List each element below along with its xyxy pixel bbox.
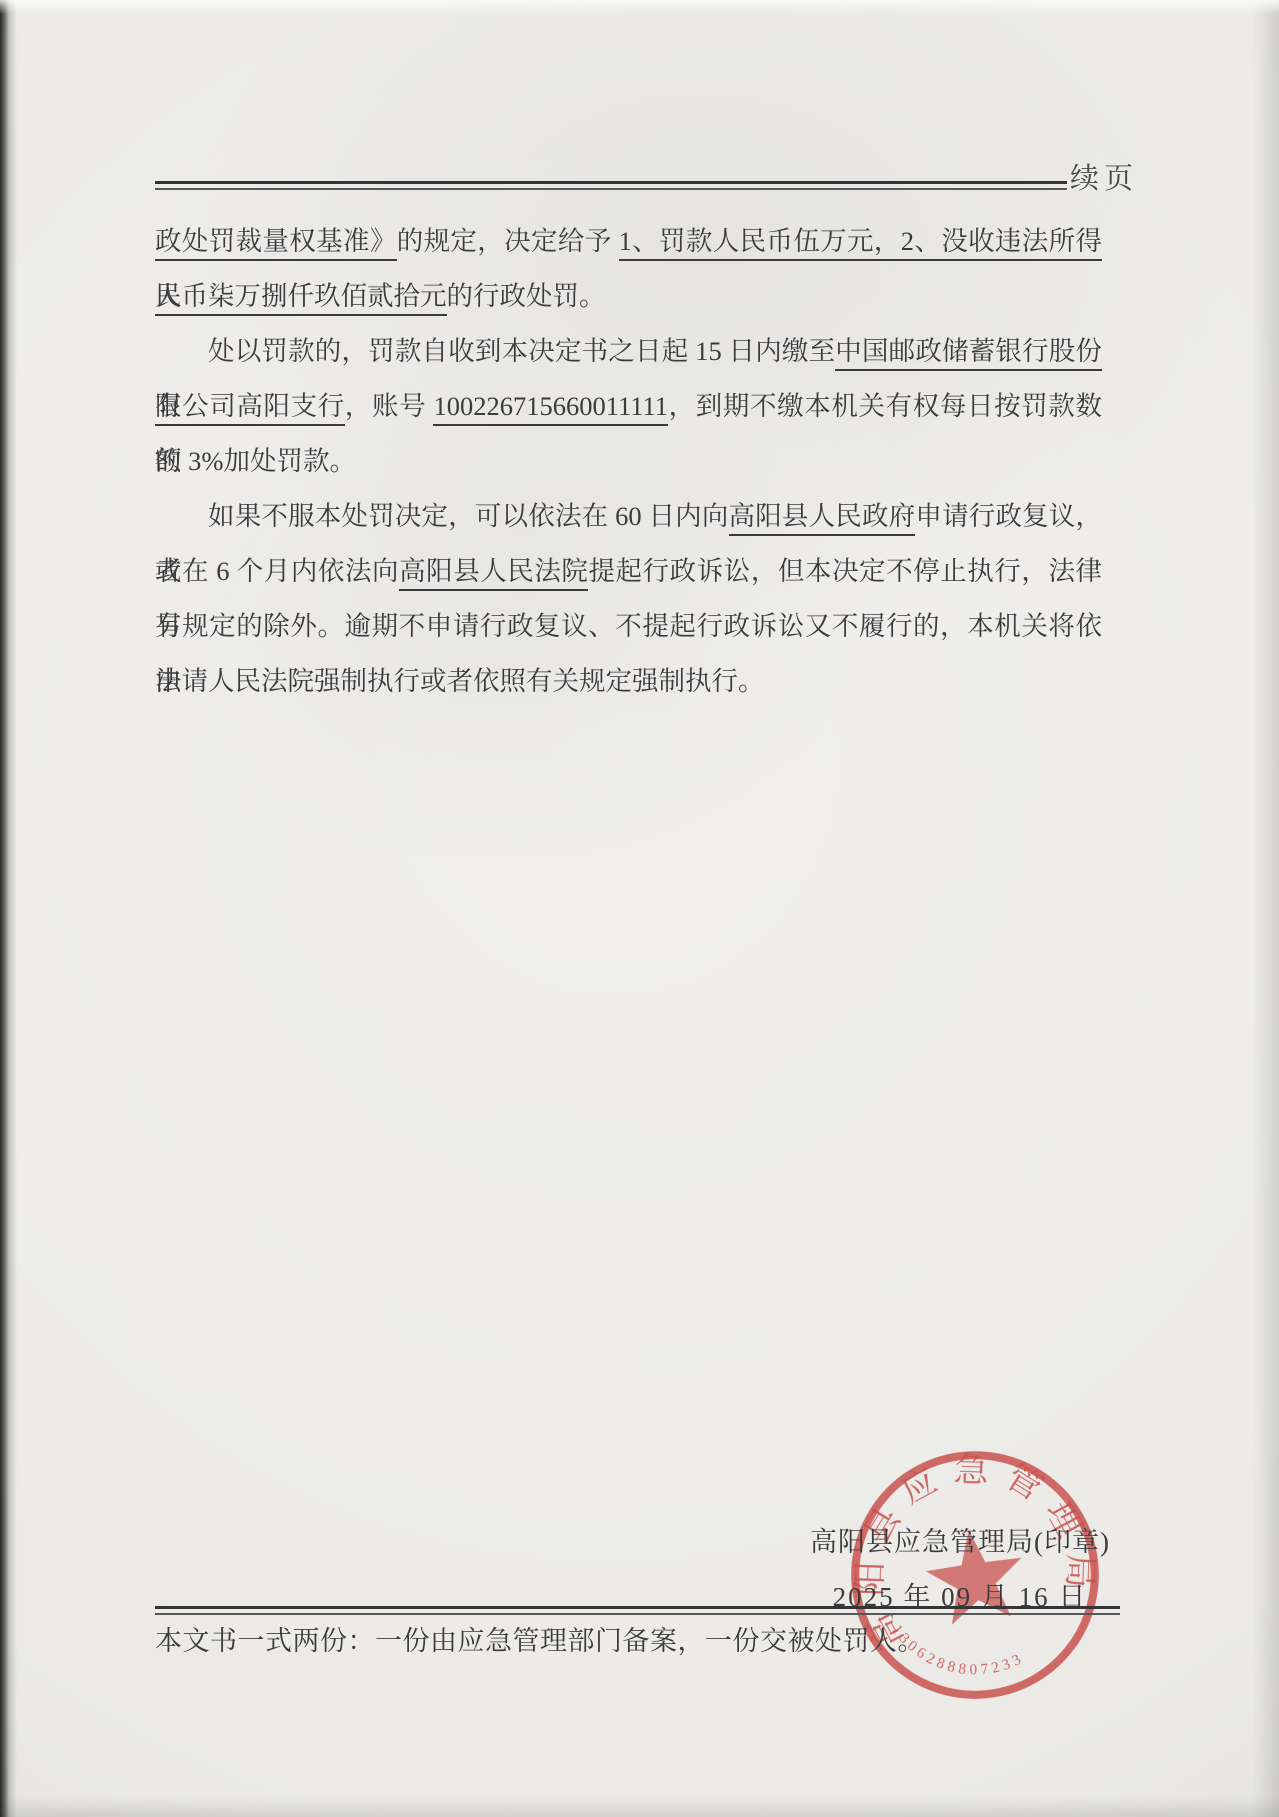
document-line: 限公司高阳支行，账号 100226715660011111，到期不缴本机关有权每… bbox=[155, 379, 1102, 434]
text-segment: 者在 6 个月内依法向 bbox=[155, 556, 399, 586]
text-segment: 申请人民法院强制执行或者依照有关规定强制执行。 bbox=[155, 666, 765, 696]
document-line: 者在 6 个月内依法向高阳县人民法院提起行政诉讼，但本决定不停止执行，法律另 bbox=[155, 544, 1102, 599]
issuing-agency-signature: 高阳县应急管理局(印章) bbox=[740, 1520, 1180, 1559]
document-line: 的 3%加处罚款。 bbox=[155, 434, 1102, 489]
copies-distribution-note: 本文书一式两份：一份由应急管理部门备案，一份交被处罚人。 bbox=[155, 1619, 925, 1658]
text-segment: 处以罚款的，罚款自收到本决定书之日起 15 日内缴至 bbox=[208, 336, 835, 366]
document-line: 有规定的除外。逾期不申请行政复议、不提起行政诉讼又不履行的，本机关将依法 bbox=[155, 599, 1102, 654]
document-line: 如果不服本处罚决定，可以依法在 60 日内向高阳县人民政府申请行政复议，或 bbox=[155, 489, 1102, 544]
text-segment: 如果不服本处罚决定，可以依法在 60 日内向 bbox=[208, 501, 729, 531]
document-line: 政处罚裁量权基准》的规定，决定给予 1、罚款人民币伍万元，2、没收违法所得人 bbox=[155, 214, 1102, 269]
text-segment: 的行政处罚。 bbox=[447, 281, 606, 311]
document-line: 处以罚款的，罚款自收到本决定书之日起 15 日内缴至中国邮政储蓄银行股份有 bbox=[155, 324, 1102, 379]
header-double-rule bbox=[155, 181, 1067, 190]
footer-double-rule bbox=[155, 1606, 1120, 1615]
continuation-page-label: 续页 bbox=[1070, 156, 1138, 197]
document-body: 政处罚裁量权基准》的规定，决定给予 1、罚款人民币伍万元，2、没收违法所得人民币… bbox=[155, 214, 1102, 709]
underlined-text-segment: 民币柒万捌仟玖佰贰拾元 bbox=[155, 281, 447, 316]
underlined-text-segment: 100226715660011111 bbox=[433, 391, 668, 426]
text-segment: ，账号 bbox=[345, 391, 434, 421]
underlined-text-segment: 高阳县人民政府 bbox=[729, 501, 916, 536]
text-segment: 的规定，决定给予 bbox=[397, 226, 619, 256]
text-segment: 的 3%加处罚款。 bbox=[155, 446, 356, 476]
document-line: 民币柒万捌仟玖佰贰拾元的行政处罚。 bbox=[155, 269, 1102, 324]
scanned-document-page: 续页 政处罚裁量权基准》的规定，决定给予 1、罚款人民币伍万元，2、没收违法所得… bbox=[0, 0, 1279, 1817]
signature-block: 高阳县应急管理局(印章) 2025 年 09 月 16 日 bbox=[740, 1520, 1180, 1614]
underlined-text-segment: 政处罚裁量权基准》 bbox=[155, 226, 397, 261]
underlined-text-segment: 高阳县人民法院 bbox=[399, 556, 588, 591]
underlined-text-segment: 限公司高阳支行 bbox=[155, 391, 345, 426]
document-line: 申请人民法院强制执行或者依照有关规定强制执行。 bbox=[155, 654, 1102, 709]
